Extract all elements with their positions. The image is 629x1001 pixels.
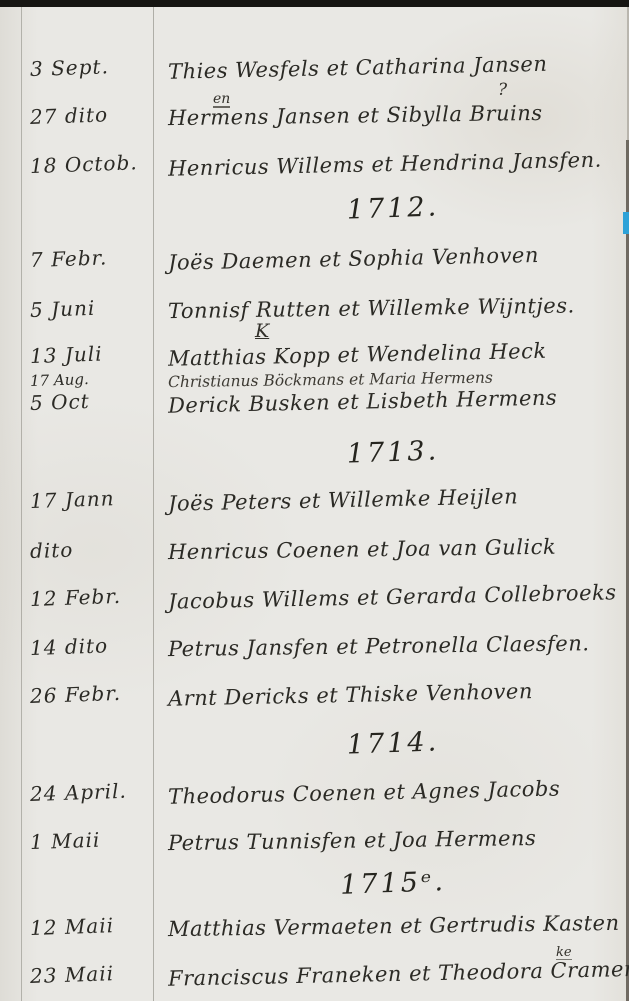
entry-date: 5 Juni — [30, 294, 149, 322]
register-entry-row: 5 Juni Tonnisf Rutten et Willemke Wijntj… — [0, 296, 629, 336]
register-entry-row: 18 Octob. Henricus Willems et Hendrina J… — [0, 152, 629, 192]
entry-names: Hermens Jansen et Sibylla Bruins — [168, 100, 618, 130]
entry-names: Tonnisf Rutten et Willemke Wijntjes. — [168, 293, 618, 323]
entry-date: 5 Oct — [30, 387, 149, 415]
entry-names: Jacobus Willems et Gerarda Collebroeks — [168, 580, 618, 613]
entry-names: Thies Wesfels et Catharina Jansen — [168, 50, 618, 83]
question-mark-annotation: ? — [498, 80, 507, 100]
entry-date: 18 Octob. — [30, 150, 149, 178]
entry-date: 24 April. — [30, 778, 149, 806]
register-entry-row: 26 Febr. Arnt Dericks et Thiske Venhoven — [0, 682, 629, 722]
entry-names: Matthias Kopp et Wendelina Heck — [168, 337, 618, 370]
register-entry-row: 3 Sept. Thies Wesfels et Catharina Janse… — [0, 55, 629, 95]
register-entry-row: 17 Jann Joës Peters et Willemke Heijlen — [0, 487, 629, 527]
entry-names: Henricus Coenen et Joa van Gulick — [168, 534, 618, 564]
register-entry-row: 12 Febr. Jacobus Willems et Gerarda Coll… — [0, 585, 629, 625]
blue-edge-mark — [623, 212, 629, 234]
year-heading-1713: 1713. — [168, 429, 619, 476]
register-page: 3 Sept. Thies Wesfels et Catharina Janse… — [0, 0, 629, 1001]
entry-date: 12 Maii — [30, 912, 149, 940]
entry-names: Derick Busken et Lisbeth Hermens — [168, 384, 618, 417]
register-entry-row: 12 Maii Matthias Vermaeten et Gertrudis … — [0, 914, 629, 954]
entry-names: Theodorus Coenen et Agnes Jacobs — [168, 775, 618, 808]
register-entry-row: 27 dito Hermens Jansen et Sibylla Bruins — [0, 103, 629, 143]
entry-date: 3 Sept. — [30, 53, 149, 81]
register-entry-row: 5 Oct Derick Busken et Lisbeth Hermens — [0, 389, 629, 429]
entry-names: Joës Peters et Willemke Heijlen — [168, 482, 618, 515]
cramers-superscript: ke — [556, 946, 572, 960]
entry-date: 7 Febr. — [30, 244, 149, 272]
entry-names: Petrus Tunnisfen et Joa Hermens — [168, 825, 618, 855]
year-heading-1714: 1714. — [168, 720, 619, 767]
entry-date: 26 Febr. — [30, 680, 149, 708]
entry-date: 1 Maii — [30, 826, 149, 854]
entry-date: 17 Jann — [30, 485, 149, 513]
kopp-correction-mark: K — [255, 320, 269, 342]
register-entry-row: dito Henricus Coenen et Joa van Gulick — [0, 537, 629, 577]
register-entry-row: 1 Maii Petrus Tunnisfen et Joa Hermens — [0, 828, 629, 868]
insertion-correction-en: en — [213, 92, 230, 108]
entry-names: Arnt Dericks et Thiske Venhoven — [168, 677, 618, 710]
register-entry-row: 23 Maii Franciscus Franeken et Theodora … — [0, 962, 629, 1001]
entry-date: dito — [30, 535, 149, 563]
year-heading-1712: 1712. — [168, 185, 619, 232]
entry-names: Petrus Jansfen et Petronella Claesfen. — [168, 631, 618, 661]
entry-date: 14 dito — [30, 632, 149, 660]
register-entry-row: 14 dito Petrus Jansfen et Petronella Cla… — [0, 634, 629, 674]
register-entry-row: 7 Febr. Joës Daemen et Sophia Venhoven — [0, 246, 629, 286]
entry-date: 12 Febr. — [30, 583, 149, 611]
entry-date: 23 Maii — [30, 960, 149, 988]
entry-names: Joës Daemen et Sophia Venhoven — [168, 241, 618, 274]
entry-date: 13 Juli — [30, 340, 149, 368]
entry-names: Henricus Willems et Hendrina Jansfen. — [168, 147, 618, 180]
page-top-edge — [0, 0, 629, 7]
entry-date: 27 dito — [30, 101, 149, 129]
register-entry-row: 24 April. Theodorus Coenen et Agnes Jaco… — [0, 780, 629, 820]
entry-names: Franciscus Franeken et Theodora Cramers — [168, 957, 618, 990]
entry-names: Matthias Vermaeten et Gertrudis Kasten — [168, 911, 618, 941]
